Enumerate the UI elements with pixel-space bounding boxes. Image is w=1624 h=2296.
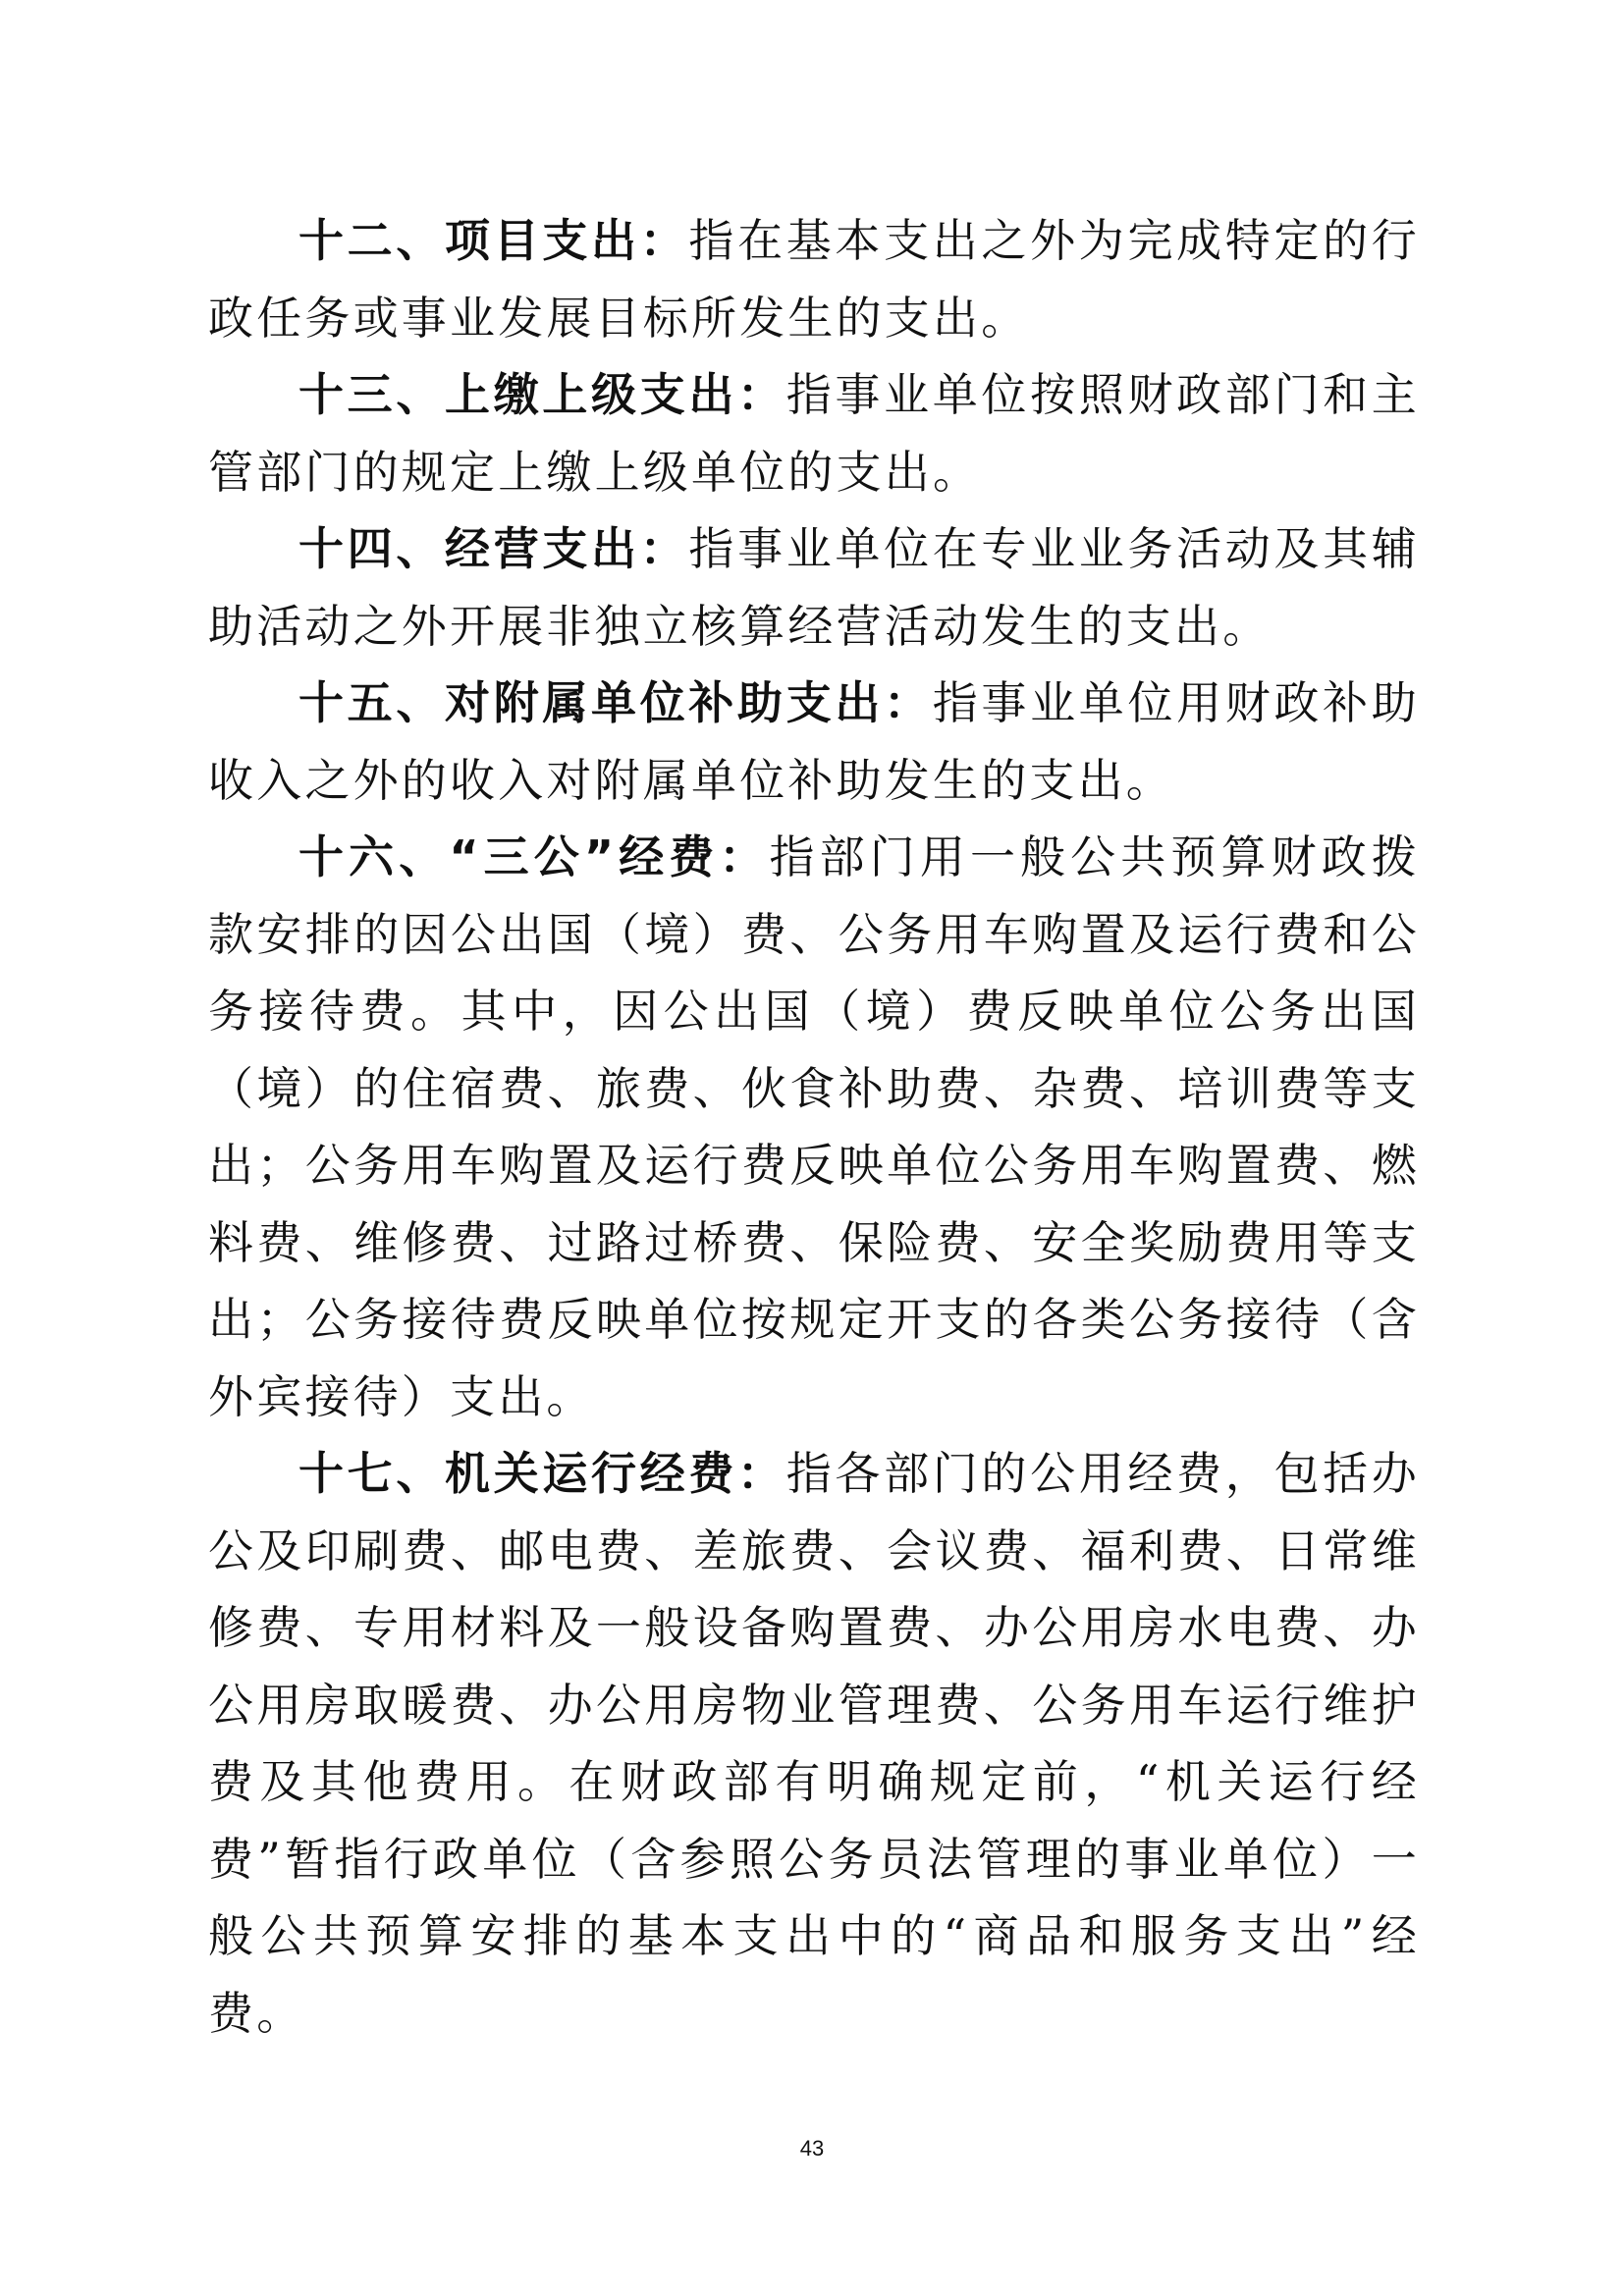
document-body: 十二、项目支出：指在基本支出之外为完成特定的行政任务或事业发展目标所发生的支出。… xyxy=(208,202,1420,2052)
definition-paragraph-17: 十七、机关运行经费：指各部门的公用经费，包括办公及印刷费、邮电费、差旅费、会议费… xyxy=(208,1435,1420,2052)
definition-paragraph-14: 十四、经营支出：指事业单位在专业业务活动及其辅助活动之外开展非独立核算经营活动发… xyxy=(208,510,1420,665)
definition-term: 十四、经营支出： xyxy=(298,522,688,575)
definition-paragraph-12: 十二、项目支出：指在基本支出之外为完成特定的行政任务或事业发展目标所发生的支出。 xyxy=(208,202,1420,356)
definition-paragraph-16: 十六、“三公”经费：指部门用一般公共预算财政拨款安排的因公出国（境）费、公务用车… xyxy=(208,819,1420,1435)
page-number: 43 xyxy=(0,2136,1624,2162)
definition-text: 指部门用一般公共预算财政拨款安排的因公出国（境）费、公务用车购置及运行费和公务接… xyxy=(208,830,1420,1423)
definition-term: 十二、项目支出： xyxy=(298,214,688,267)
definition-term: 十六、“三公”经费： xyxy=(298,830,770,883)
definition-term: 十五、对附属单位补助支出： xyxy=(298,676,933,729)
definition-text: 指各部门的公用经费，包括办公及印刷费、邮电费、差旅费、会议费、福利费、日常维修费… xyxy=(208,1447,1420,2040)
definition-paragraph-13: 十三、上缴上级支出：指事业单位按照财政部门和主管部门的规定上缴上级单位的支出。 xyxy=(208,356,1420,510)
definition-term: 十七、机关运行经费： xyxy=(298,1447,786,1500)
definition-term: 十三、上缴上级支出： xyxy=(298,368,786,421)
definition-paragraph-15: 十五、对附属单位补助支出：指事业单位用财政补助收入之外的收入对附属单位补助发生的… xyxy=(208,665,1420,819)
